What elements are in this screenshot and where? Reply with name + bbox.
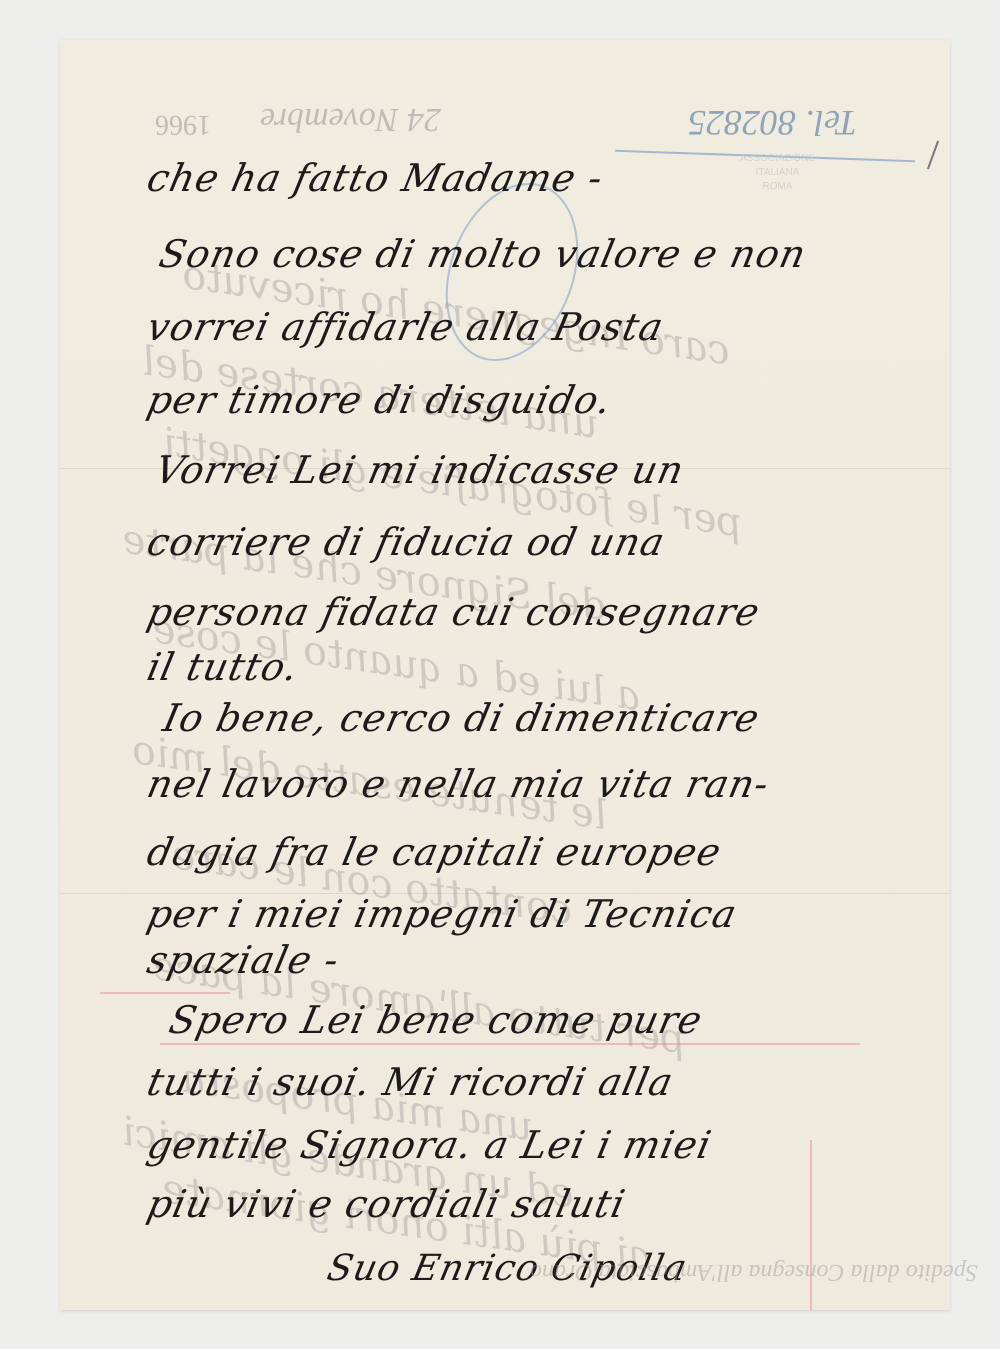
letter-line: il tutto. — [143, 645, 302, 689]
letter-line: Spero Lei bene come pure — [165, 998, 706, 1042]
letterhead-line: ROMA — [740, 180, 815, 194]
letter-line: gentile Signora. a Lei i miei — [143, 1123, 715, 1167]
letter-line: tutti i suoi. Mi ricordi alla — [143, 1060, 677, 1104]
pink-margin-line — [100, 992, 230, 994]
letter-line: nel lavoro e nella mia vita ran- — [143, 762, 773, 806]
pencil-slash-mark — [927, 141, 939, 170]
pencil-date: 24 Novembre — [260, 100, 441, 138]
letter-line: Sono cose di molto valore e non — [155, 232, 810, 276]
embossed-letterhead: ASSOCIAZIONE ITALIANA ROMA — [740, 152, 815, 194]
letter-line: vorrei affidarle alla Posta — [143, 305, 668, 349]
letter-line: spaziale - — [143, 938, 343, 982]
letterhead-line: ITALIANA — [740, 166, 815, 180]
letterhead-line: ASSOCIAZIONE — [740, 152, 815, 166]
letter-line: Io bene, cerco di dimenticare — [159, 696, 763, 740]
letter-line: per i miei impegni di Tecnica — [143, 892, 741, 936]
pencil-year: 1966 — [155, 108, 211, 140]
letter-line: dagia fra le capitali europee — [143, 830, 725, 874]
letter-line: più vivi e cordiali saluti — [143, 1182, 629, 1226]
blue-telephone-note: Tel. 802825 — [688, 102, 857, 144]
letter-line: Vorrei Lei mi indicasse un — [151, 448, 688, 492]
bottom-pencil-note: Spedito dalla Consegna all'Ambasciata Or… — [530, 1258, 978, 1285]
letter-line: persona fidata cui consegnare — [143, 590, 764, 634]
letter-line: che ha fatto Madame - — [143, 156, 607, 200]
letter-paper: caro Ingegnere ho ricevuto una lettera c… — [60, 40, 950, 1310]
pink-margin-line — [160, 1043, 860, 1045]
letter-line: per timore di disguido. — [143, 378, 616, 422]
letter-line: corriere di fiducia od una — [143, 520, 669, 564]
